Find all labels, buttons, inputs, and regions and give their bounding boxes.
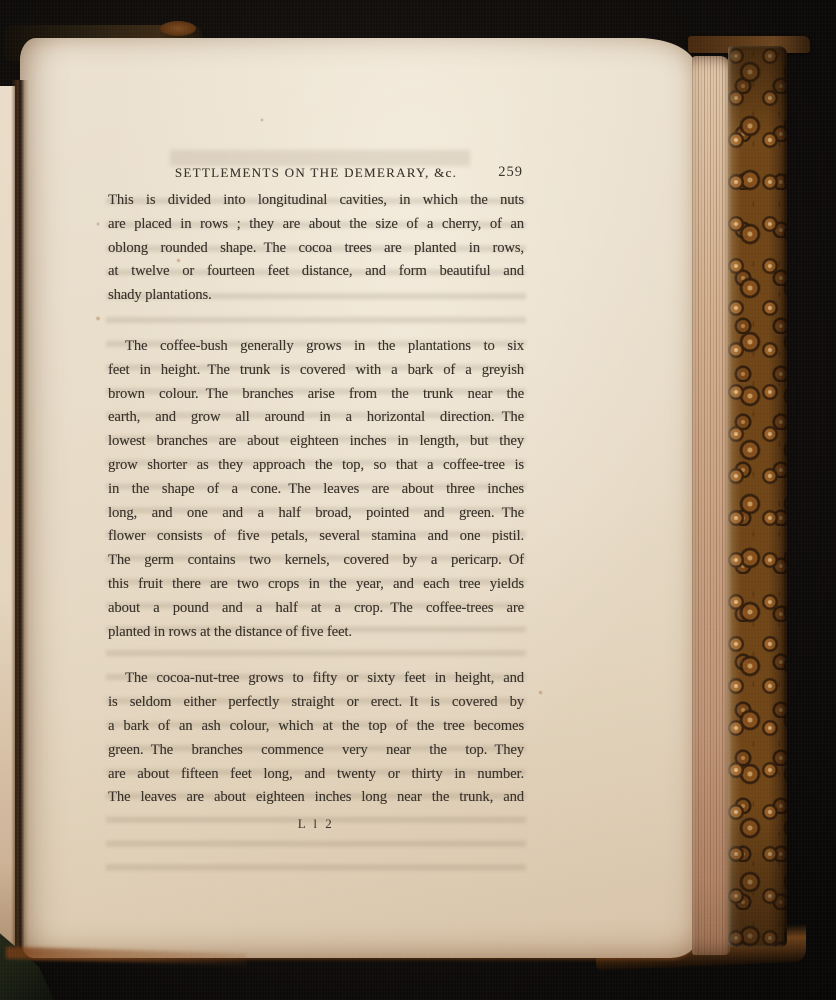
text-line: The cocoa-nut-tree grows to fifty or six…	[108, 667, 524, 691]
running-header: SETTLEMENTS ON THE DEMERARY, &c. 259	[108, 165, 524, 183]
text-line: feet in height. The trunk is covered wit…	[108, 359, 524, 383]
ink-showthrough-header	[170, 150, 470, 166]
page-number: 259	[498, 164, 523, 181]
book-page: SETTLEMENTS ON THE DEMERARY, &c. 259 Thi…	[20, 38, 696, 958]
text-line: earth, and grow all around in a horizont…	[108, 406, 524, 430]
text-line: This is divided into longitudinal caviti…	[108, 189, 524, 213]
text-line: oblong rounded shape. The cocoa trees ar…	[108, 237, 524, 261]
foxing-spot	[260, 118, 264, 122]
text-line: about a pound and a half at a crop. The …	[108, 597, 524, 621]
text-line: at twelve or fourteen feet distance, and…	[108, 260, 524, 284]
book-gutter-shadow	[11, 80, 29, 992]
paragraph: The coffee-bush generally grows in the p…	[108, 335, 524, 644]
paragraph: This is divided into longitudinal caviti…	[108, 189, 524, 308]
text-line: shady plantations.	[108, 284, 524, 308]
text-line: flower consists of five petals, several …	[108, 525, 524, 549]
board-outer-edge	[785, 46, 806, 486]
text-line: planted in rows at the distance of five …	[108, 621, 524, 645]
signature-mark: L l 2	[108, 816, 524, 832]
paragraph: The cocoa-nut-tree grows to fifty or six…	[108, 667, 524, 810]
foxing-spot	[96, 222, 100, 226]
text-line: long, and one and a half broad, pointed …	[108, 502, 524, 526]
text-line: lowest branches are about eighteen inche…	[108, 430, 524, 454]
foxing-spot	[538, 690, 543, 695]
book-photograph: SETTLEMENTS ON THE DEMERARY, &c. 259 Thi…	[0, 0, 836, 1000]
text-line: a bark of an ash colour, which at the to…	[108, 715, 524, 739]
fore-edge-pages	[692, 56, 730, 955]
text-line: are placed in rows ; they are about the …	[108, 213, 524, 237]
running-title: SETTLEMENTS ON THE DEMERARY, &c.	[108, 165, 524, 181]
marbled-board-edge	[728, 46, 787, 947]
foxing-spot	[95, 316, 101, 321]
text-line: grow shorter as they approach the top, s…	[108, 454, 524, 478]
text-line: green. The branches commence very near t…	[108, 739, 524, 763]
text-line: brown colour. The branches arise from th…	[108, 383, 524, 407]
text-line: is seldom either perfectly straight or e…	[108, 691, 524, 715]
page-text: This is divided into longitudinal caviti…	[108, 189, 524, 810]
text-line: this fruit there are two crops in the ye…	[108, 573, 524, 597]
text-line: The coffee-bush generally grows in the p…	[108, 335, 524, 359]
text-line: are about fifteen feet long, and twenty …	[108, 763, 524, 787]
text-line: The germ contains two kernels, covered b…	[108, 549, 524, 573]
text-line: in the shape of a cone. The leaves are a…	[108, 478, 524, 502]
text-line: The leaves are about eighteen inches lon…	[108, 786, 524, 810]
